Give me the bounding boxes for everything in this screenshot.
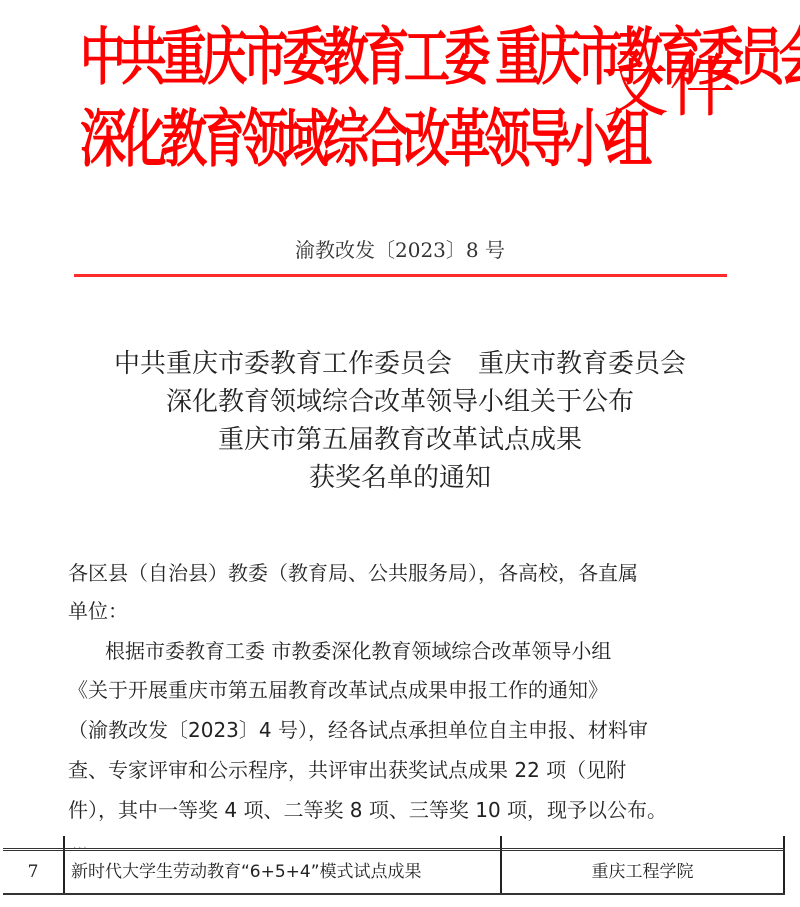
body-paragraph-line-4: 查、专家评审和公示程序，共评审出获奖试点成果 22 项（见附	[68, 756, 626, 784]
body-paragraph-line-2: 《关于开展重庆市第五届教育改革试点成果申报工作的通知》	[68, 676, 608, 704]
salutation-line-2: 单位：	[68, 597, 128, 625]
row-number-cell: 7	[3, 851, 65, 893]
red-divider-rule	[74, 274, 727, 277]
table-row: 7 新时代大学生劳动教育“6+5+4”模式试点成果 重庆工程学院	[3, 848, 785, 895]
notice-title-line-4: 获奖名单的通知	[0, 461, 800, 495]
achievement-title-cell: 新时代大学生劳动教育“6+5+4”模式试点成果	[65, 851, 502, 893]
notice-title-line-1: 中共重庆市委教育工作委员会 重庆市教育委员会	[0, 347, 800, 381]
notice-title-line-3: 重庆市第五届教育改革试点成果	[0, 423, 800, 457]
body-paragraph-line-5: 件），其中一等奖 4 项、二等奖 8 项、三等奖 10 项，现予以公布。	[68, 796, 667, 824]
body-paragraph-line-1: 根据市委教育工委 市教委深化教育领域综合改革领导小组	[105, 637, 611, 665]
document-number: 渝教改发〔2023〕8 号	[0, 234, 800, 263]
notice-title-line-2: 深化教育领域综合改革领导小组关于公布	[0, 385, 800, 419]
organization-cell: 重庆工程学院	[502, 851, 785, 893]
masthead-document-label: 文件	[603, 52, 735, 124]
masthead-issuers-line-2: 深化教育领域综合改革领导小组	[80, 104, 647, 174]
body-paragraph-line-3: （渝教改发〔2023〕4 号），经各试点承担单位自主申报、材料审	[68, 716, 648, 744]
salutation-line-1: 各区县（自治县）教委（教育局、公共服务局），各高校，各直属	[68, 559, 638, 587]
award-list-table: ... 7 新时代大学生劳动教育“6+5+4”模式试点成果 重庆工程学院	[3, 848, 795, 903]
